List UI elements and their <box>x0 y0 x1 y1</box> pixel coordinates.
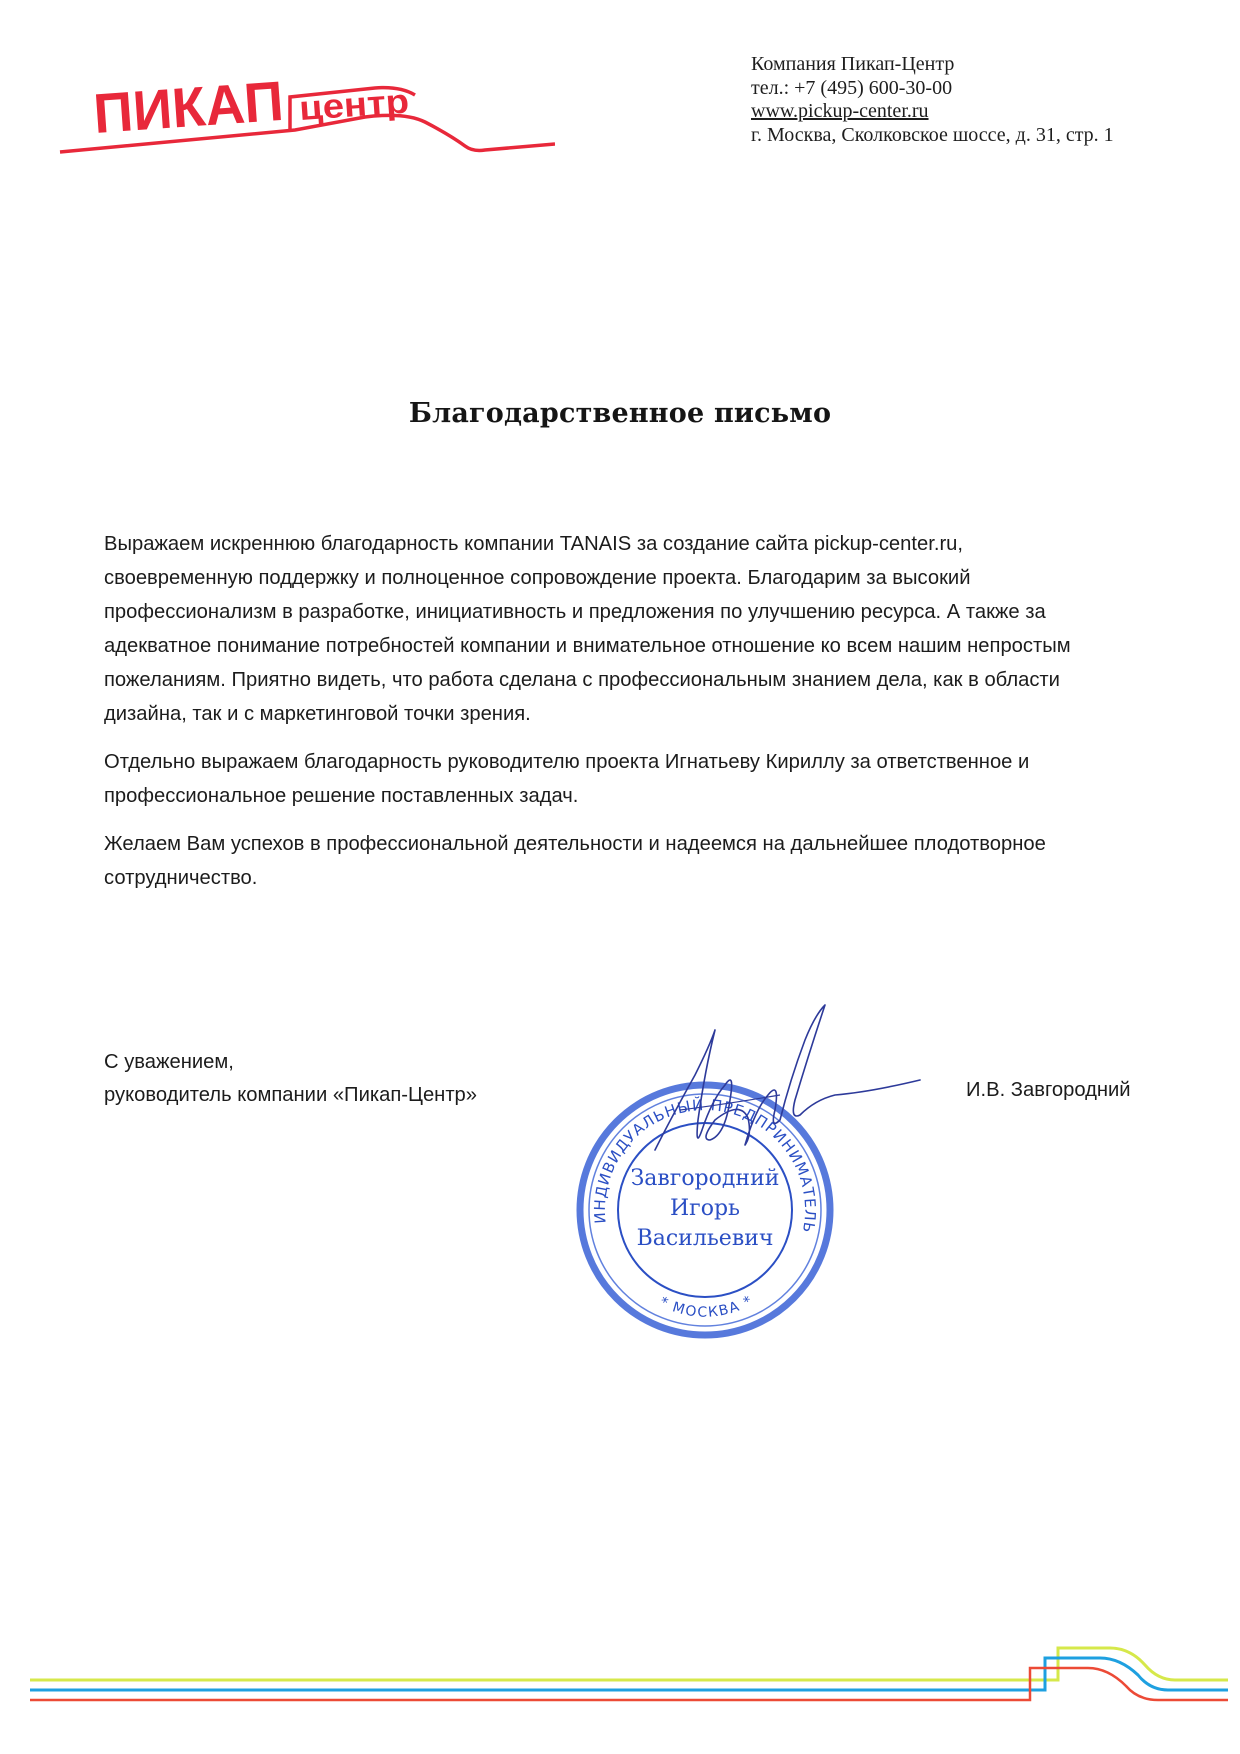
letter-body: Выражаем искреннюю благодарность компани… <box>104 527 1214 909</box>
logo-text-main: ПИКАП <box>91 69 285 145</box>
closing-position: руководитель компании «Пикап-Центр» <box>104 1079 477 1112</box>
closing-regards: С уважением, <box>104 1046 477 1079</box>
paragraph-project-manager: Отдельно выражаем благодарность руководи… <box>104 745 1214 813</box>
document-title: Благодарственное письмо <box>0 398 1240 429</box>
company-address: г. Москва, Сколковское шоссе, д. 31, стр… <box>751 124 1114 148</box>
text-line: дизайна, так и с маркетинговой точки зре… <box>104 697 1214 731</box>
text-line: профессиональное решение поставленных за… <box>104 779 1214 813</box>
text-line: профессионализм в разработке, инициативн… <box>104 595 1214 629</box>
company-website-link[interactable]: www.pickup-center.ru <box>751 100 1114 124</box>
text-line: своевременную поддержку и полноценное со… <box>104 561 1214 595</box>
stamp-first-name: Игорь <box>670 1196 740 1221</box>
paragraph-gratitude: Выражаем искреннюю благодарность компани… <box>104 527 1214 731</box>
text-line: Выражаем искреннюю благодарность компани… <box>104 527 1214 561</box>
company-phone: тел.: +7 (495) 600-30-00 <box>751 77 1114 101</box>
handwritten-signature <box>640 1000 940 1175</box>
letter-page: ПИКАП центр Компания Пикап-Центр тел.: +… <box>0 0 1240 1754</box>
text-line: пожеланиям. Приятно видеть, что работа с… <box>104 663 1214 697</box>
company-name: Компания Пикап-Центр <box>751 53 1114 77</box>
footer-decorative-lines <box>0 1630 1240 1710</box>
paragraph-wishes: Желаем Вам успехов в профессиональной де… <box>104 827 1214 895</box>
text-line: адекватное понимание потребностей компан… <box>104 629 1214 663</box>
stamp-patronymic: Васильевич <box>637 1226 774 1251</box>
logo-text-sub: центр <box>298 82 410 128</box>
text-line: Отдельно выражаем благодарность руководи… <box>104 745 1214 779</box>
company-contact-block: Компания Пикап-Центр тел.: +7 (495) 600-… <box>751 53 1114 147</box>
text-line: Желаем Вам успехов в профессиональной де… <box>104 827 1214 861</box>
signer-name: И.В. Завгородний <box>966 1079 1131 1102</box>
letter-closing: С уважением, руководитель компании «Пика… <box>104 1046 477 1112</box>
company-logo: ПИКАП центр <box>55 40 555 160</box>
text-line: сотрудничество. <box>104 861 1214 895</box>
